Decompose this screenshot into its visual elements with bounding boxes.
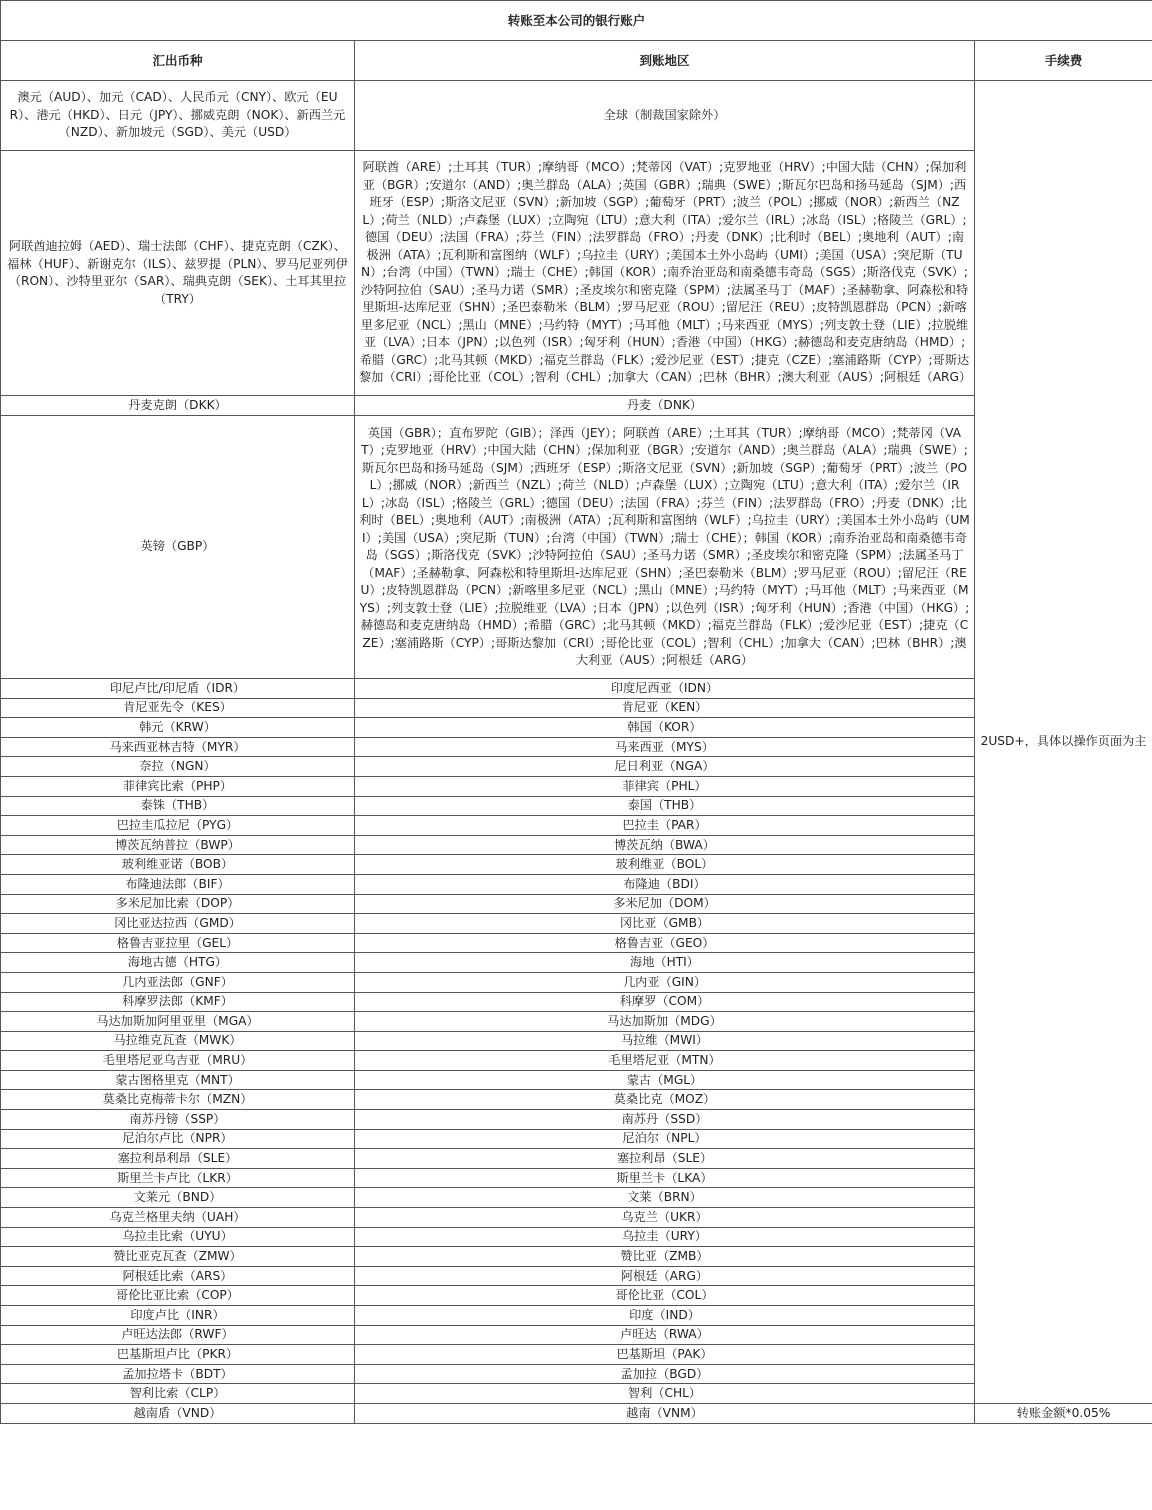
- bank-transfer-table: 转账至本公司的银行账户 汇出币种 到账地区 手续费 澳元（AUD）、加元（CAD…: [0, 0, 1152, 1424]
- region-cell: 肯尼亚（KEN）: [355, 698, 975, 718]
- region-cell: 阿联酋（ARE）;土耳其（TUR）;摩纳哥（MCO）;梵蒂冈（VAT）;克罗地亚…: [355, 151, 975, 396]
- currency-cell: 印尼卢比/印尼盾（IDR）: [1, 679, 355, 699]
- region-cell: 乌拉圭（URY）: [355, 1227, 975, 1247]
- region-cell: 菲律宾（PHL）: [355, 776, 975, 796]
- currency-cell: 孟加拉塔卡（BDT）: [1, 1364, 355, 1384]
- region-cell: 赞比亚（ZMB）: [355, 1247, 975, 1267]
- region-cell: 科摩罗（COM）: [355, 992, 975, 1012]
- currency-cell: 韩元（KRW）: [1, 718, 355, 738]
- region-cell: 马达加斯加（MDG）: [355, 1012, 975, 1032]
- currency-cell: 马拉维克瓦查（MWK）: [1, 1031, 355, 1051]
- currency-cell: 海地古德（HTG）: [1, 953, 355, 973]
- region-cell: 智利（CHL）: [355, 1384, 975, 1404]
- column-header-fee: 手续费: [975, 41, 1152, 81]
- column-header-currency: 汇出币种: [1, 41, 355, 81]
- region-cell: 孟加拉（BGD）: [355, 1364, 975, 1384]
- region-cell: 韩国（KOR）: [355, 718, 975, 738]
- currency-cell: 阿根廷比索（ARS）: [1, 1266, 355, 1286]
- currency-cell: 乌克兰格里夫纳（UAH）: [1, 1208, 355, 1228]
- region-cell: 尼日利亚（NGA）: [355, 757, 975, 777]
- region-cell: 毛里塔尼亚（MTN）: [355, 1051, 975, 1071]
- currency-cell: 英镑（GBP）: [1, 416, 355, 679]
- region-cell: 印度（IND）: [355, 1306, 975, 1326]
- table-row: 澳元（AUD）、加元（CAD）、人民币元（CNY）、欧元（EUR）、港元（HKD…: [1, 81, 1152, 151]
- currency-cell: 博茨瓦纳普拉（BWP）: [1, 835, 355, 855]
- currency-cell: 澳元（AUD）、加元（CAD）、人民币元（CNY）、欧元（EUR）、港元（HKD…: [1, 81, 355, 151]
- region-cell: 丹麦（DNK）: [355, 396, 975, 416]
- currency-cell: 毛里塔尼亚乌吉亚（MRU）: [1, 1051, 355, 1071]
- region-cell: 泰国（THB）: [355, 796, 975, 816]
- currency-cell: 几内亚法郎（GNF）: [1, 972, 355, 992]
- currency-cell: 印度卢比（INR）: [1, 1306, 355, 1326]
- currency-cell: 阿联酋迪拉姆（AED）、瑞士法郎（CHF）、捷克克朗（CZK）、福林（HUF）、…: [1, 151, 355, 396]
- fee-cell-vnd: 转账金额*0.05%: [975, 1403, 1152, 1423]
- currency-cell: 玻利维亚诺（BOB）: [1, 855, 355, 875]
- currency-cell: 菲律宾比索（PHP）: [1, 776, 355, 796]
- region-cell: 阿根廷（ARG）: [355, 1266, 975, 1286]
- currency-cell: 多米尼加比索（DOP）: [1, 894, 355, 914]
- currency-cell: 越南盾（VND）: [1, 1403, 355, 1423]
- currency-cell: 巴拉圭瓜拉尼（PYG）: [1, 816, 355, 836]
- region-cell: 冈比亚（GMB）: [355, 914, 975, 934]
- currency-cell: 巴基斯坦卢比（PKR）: [1, 1345, 355, 1365]
- currency-cell: 塞拉利昂利昂（SLE）: [1, 1149, 355, 1169]
- currency-cell: 南苏丹镑（SSP）: [1, 1110, 355, 1130]
- region-cell: 乌克兰（UKR）: [355, 1208, 975, 1228]
- region-cell: 印度尼西亚（IDN）: [355, 679, 975, 699]
- currency-cell: 蒙古图格里克（MNT）: [1, 1070, 355, 1090]
- currency-cell: 泰铢（THB）: [1, 796, 355, 816]
- region-cell: 文莱（BRN）: [355, 1188, 975, 1208]
- region-cell: 尼泊尔（NPL）: [355, 1129, 975, 1149]
- column-header-region: 到账地区: [355, 41, 975, 81]
- currency-cell: 布隆迪法郎（BIF）: [1, 874, 355, 894]
- currency-cell: 斯里兰卡卢比（LKR）: [1, 1168, 355, 1188]
- currency-cell: 莫桑比克梅蒂卡尔（MZN）: [1, 1090, 355, 1110]
- region-cell: 马拉维（MWI）: [355, 1031, 975, 1051]
- region-cell: 格鲁吉亚（GEO）: [355, 933, 975, 953]
- region-cell: 多米尼加（DOM）: [355, 894, 975, 914]
- region-cell: 塞拉利昂（SLE）: [355, 1149, 975, 1169]
- currency-cell: 智利比索（CLP）: [1, 1384, 355, 1404]
- fee-cell-standard: 2USD+，具体以操作页面为主: [975, 81, 1152, 1404]
- table-title: 转账至本公司的银行账户: [1, 1, 1152, 41]
- region-cell: 莫桑比克（MOZ）: [355, 1090, 975, 1110]
- region-cell: 南苏丹（SSD）: [355, 1110, 975, 1130]
- region-cell: 全球（制裁国家除外）: [355, 81, 975, 151]
- currency-cell: 赞比亚克瓦查（ZMW）: [1, 1247, 355, 1267]
- region-cell: 卢旺达（RWA）: [355, 1325, 975, 1345]
- currency-cell: 冈比亚达拉西（GMD）: [1, 914, 355, 934]
- region-cell: 巴基斯坦（PAK）: [355, 1345, 975, 1365]
- currency-cell: 马来西亚林吉特（MYR）: [1, 737, 355, 757]
- region-cell: 蒙古（MGL）: [355, 1070, 975, 1090]
- currency-cell: 肯尼亚先令（KES）: [1, 698, 355, 718]
- currency-cell: 尼泊尔卢比（NPR）: [1, 1129, 355, 1149]
- region-cell: 布隆迪（BDI）: [355, 874, 975, 894]
- region-cell: 海地（HTI）: [355, 953, 975, 973]
- currency-cell: 格鲁吉亚拉里（GEL）: [1, 933, 355, 953]
- region-cell: 玻利维亚（BOL）: [355, 855, 975, 875]
- region-cell: 斯里兰卡（LKA）: [355, 1168, 975, 1188]
- currency-cell: 奈拉（NGN）: [1, 757, 355, 777]
- currency-cell: 丹麦克朗（DKK）: [1, 396, 355, 416]
- region-cell: 越南（VNM）: [355, 1403, 975, 1423]
- region-cell: 博茨瓦纳（BWA）: [355, 835, 975, 855]
- currency-cell: 文莱元（BND）: [1, 1188, 355, 1208]
- region-cell: 哥伦比亚（COL）: [355, 1286, 975, 1306]
- table-row: 越南盾（VND）越南（VNM）转账金额*0.05%: [1, 1403, 1152, 1423]
- region-cell: 马来西亚（MYS）: [355, 737, 975, 757]
- region-cell: 巴拉圭（PAR）: [355, 816, 975, 836]
- region-cell: 几内亚（GIN）: [355, 972, 975, 992]
- currency-cell: 马达加斯加阿里亚里（MGA）: [1, 1012, 355, 1032]
- region-cell: 英国（GBR）；直布罗陀（GIB）；泽西（JEY）；阿联酋（ARE）;土耳其（T…: [355, 416, 975, 679]
- currency-cell: 乌拉圭比索（UYU）: [1, 1227, 355, 1247]
- currency-cell: 哥伦比亚比索（COP）: [1, 1286, 355, 1306]
- currency-cell: 卢旺达法郎（RWF）: [1, 1325, 355, 1345]
- currency-cell: 科摩罗法郎（KMF）: [1, 992, 355, 1012]
